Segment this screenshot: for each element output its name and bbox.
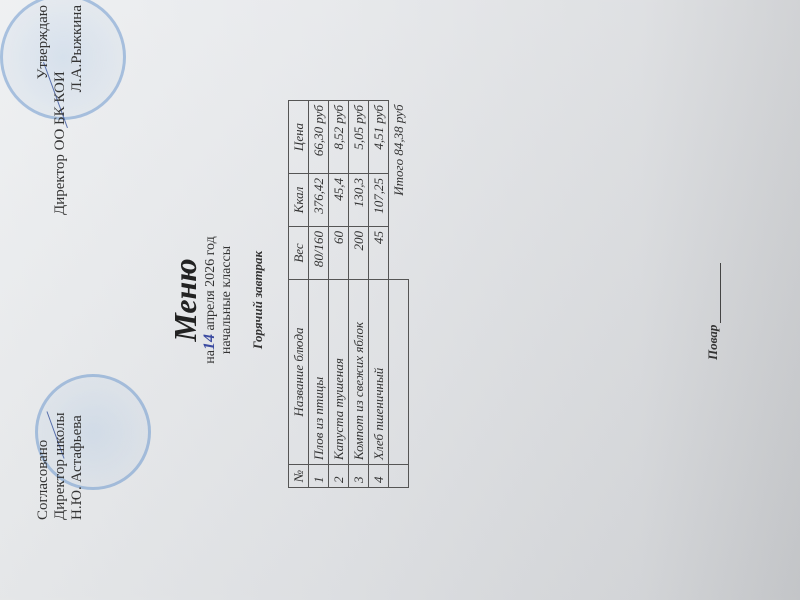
approval-label: Утверждаю <box>35 5 52 205</box>
table-row: 4 Хлеб пшеничный 45 107,25 4,51 руб <box>369 101 389 488</box>
col-kcal: Ккал <box>289 174 309 227</box>
cell-kcal: 376,42 <box>309 174 329 227</box>
cell-kcal: 107,25 <box>369 174 389 227</box>
menu-document: Утверждаю Директор ОО БК КОИ Л.А.Рыжкина… <box>0 0 800 600</box>
menu-date: на14 апреля 2026 год <box>202 0 219 600</box>
cell-weight: 45 <box>369 227 389 280</box>
cell-no: 2 <box>329 465 349 488</box>
title-block: Меню на14 апреля 2026 год начальные клас… <box>168 0 235 600</box>
signature-line <box>720 263 721 323</box>
agreement-position: Директор школы <box>52 320 69 520</box>
cell-weight: 80/160 <box>309 227 329 280</box>
page-title: Меню <box>168 0 202 600</box>
cell-name: Плов из птицы <box>309 280 329 465</box>
cell-weight: 200 <box>349 227 369 280</box>
date-day: 14 <box>201 334 218 350</box>
cell-price: 8,52 руб <box>329 101 349 174</box>
meal-type: Горячий завтрак <box>250 0 266 600</box>
cook-signature-line: Повар <box>705 263 721 360</box>
table-row: 1 Плов из птицы 80/160 376,42 66,30 руб <box>309 101 329 488</box>
cell-no: 1 <box>309 465 329 488</box>
approval-name: Л.А.Рыжкина <box>69 5 86 205</box>
cell-empty <box>389 465 409 488</box>
audience: начальные классы <box>219 0 235 600</box>
date-prefix: на <box>203 350 218 364</box>
cell-no: 4 <box>369 465 389 488</box>
total-row: Итого 84,38 руб <box>389 101 409 488</box>
cell-name: Компот из свежих яблок <box>349 280 369 465</box>
total-value: Итого 84,38 руб <box>389 101 409 227</box>
cook-label: Повар <box>705 325 720 360</box>
table-header: № Название блюда Вес Ккал Цена <box>289 101 309 488</box>
cell-price: 5,05 руб <box>349 101 369 174</box>
cell-empty <box>389 227 409 280</box>
col-name: Название блюда <box>289 280 309 465</box>
cell-name: Капуста тушеная <box>329 280 349 465</box>
col-weight: Вес <box>289 227 309 280</box>
col-no: № <box>289 465 309 488</box>
date-suffix: апреля 2026 год <box>203 236 218 330</box>
cell-name: Хлеб пшеничный <box>369 280 389 465</box>
menu-table: № Название блюда Вес Ккал Цена 1 Плов из… <box>288 100 409 488</box>
col-price: Цена <box>289 101 309 174</box>
table-row: 3 Компот из свежих яблок 200 130,3 5,05 … <box>349 101 369 488</box>
agreement-block: Согласовано Директор школы Н.Ю. Астафьев… <box>35 320 86 520</box>
table-row: 2 Капуста тушеная 60 45,4 8,52 руб <box>329 101 349 488</box>
agreement-name: Н.Ю. Астафьева <box>69 320 86 520</box>
cell-kcal: 45,4 <box>329 174 349 227</box>
cell-price: 66,30 руб <box>309 101 329 174</box>
agreement-label: Согласовано <box>35 320 52 520</box>
cell-weight: 60 <box>329 227 349 280</box>
cell-price: 4,51 руб <box>369 101 389 174</box>
approval-block: Утверждаю Директор ОО БК КОИ Л.А.Рыжкина <box>35 5 86 205</box>
cell-no: 3 <box>349 465 369 488</box>
cell-empty <box>389 280 409 465</box>
approval-position: Директор ОО БК КОИ <box>52 5 69 215</box>
cell-kcal: 130,3 <box>349 174 369 227</box>
